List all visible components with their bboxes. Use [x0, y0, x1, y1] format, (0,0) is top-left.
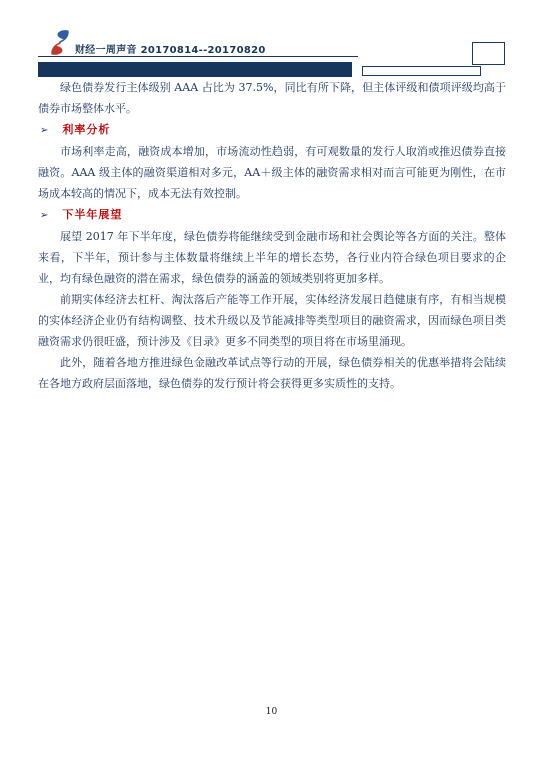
page-number: 10 [0, 707, 543, 717]
intro-paragraph: 绿色债券发行主体级别 AAA 占比为 37.5%，同比有所下降，但主体评级和债项… [38, 77, 506, 119]
section2-paragraph-3: 此外，随着各地方推进绿色金融改革试点等行动的开展，绿色债券相关的优惠举措将会陆续… [38, 352, 506, 394]
arrow-bullet-icon: ➢ [40, 205, 48, 226]
section2-paragraph-1: 展望 2017 年下半年度，绿色债券将能继续受到金融市场和社会舆论等各方面的关注… [38, 226, 506, 289]
header-navy-bar [38, 62, 352, 77]
section-heading-second-half-outlook: ➢ 下半年展望 [38, 204, 506, 226]
section-title: 利率分析 [62, 119, 110, 140]
section1-paragraph: 市场利率走高，融资成本增加，市场流动性趋弱，有可观数量的发行人取消或推迟债券直接… [38, 141, 506, 204]
textbox-outline-lower [362, 66, 481, 76]
section-title: 下半年展望 [62, 204, 122, 225]
logo-upper-stroke [58, 30, 69, 43]
header-rule [38, 56, 358, 57]
document-body: 绿色债券发行主体级别 AAA 占比为 37.5%，同比有所下降，但主体评级和债项… [38, 77, 506, 394]
section2-paragraph-2: 前期实体经济去杠杆、淘汰落后产能等工作开展，实体经济发展日趋健康有序，有相当规模… [38, 289, 506, 352]
header-title: 财经一周声音 20170814--20170820 [75, 41, 266, 56]
logo-lower-stroke [51, 42, 62, 55]
textbox-outline-upper [472, 42, 505, 65]
document-page: 财经一周声音 20170814--20170820 绿色债券发行主体级别 AAA… [0, 0, 543, 768]
arrow-bullet-icon: ➢ [40, 120, 48, 141]
section-heading-interest-rate-analysis: ➢ 利率分析 [38, 119, 506, 141]
s-lightning-logo-icon [50, 30, 70, 55]
